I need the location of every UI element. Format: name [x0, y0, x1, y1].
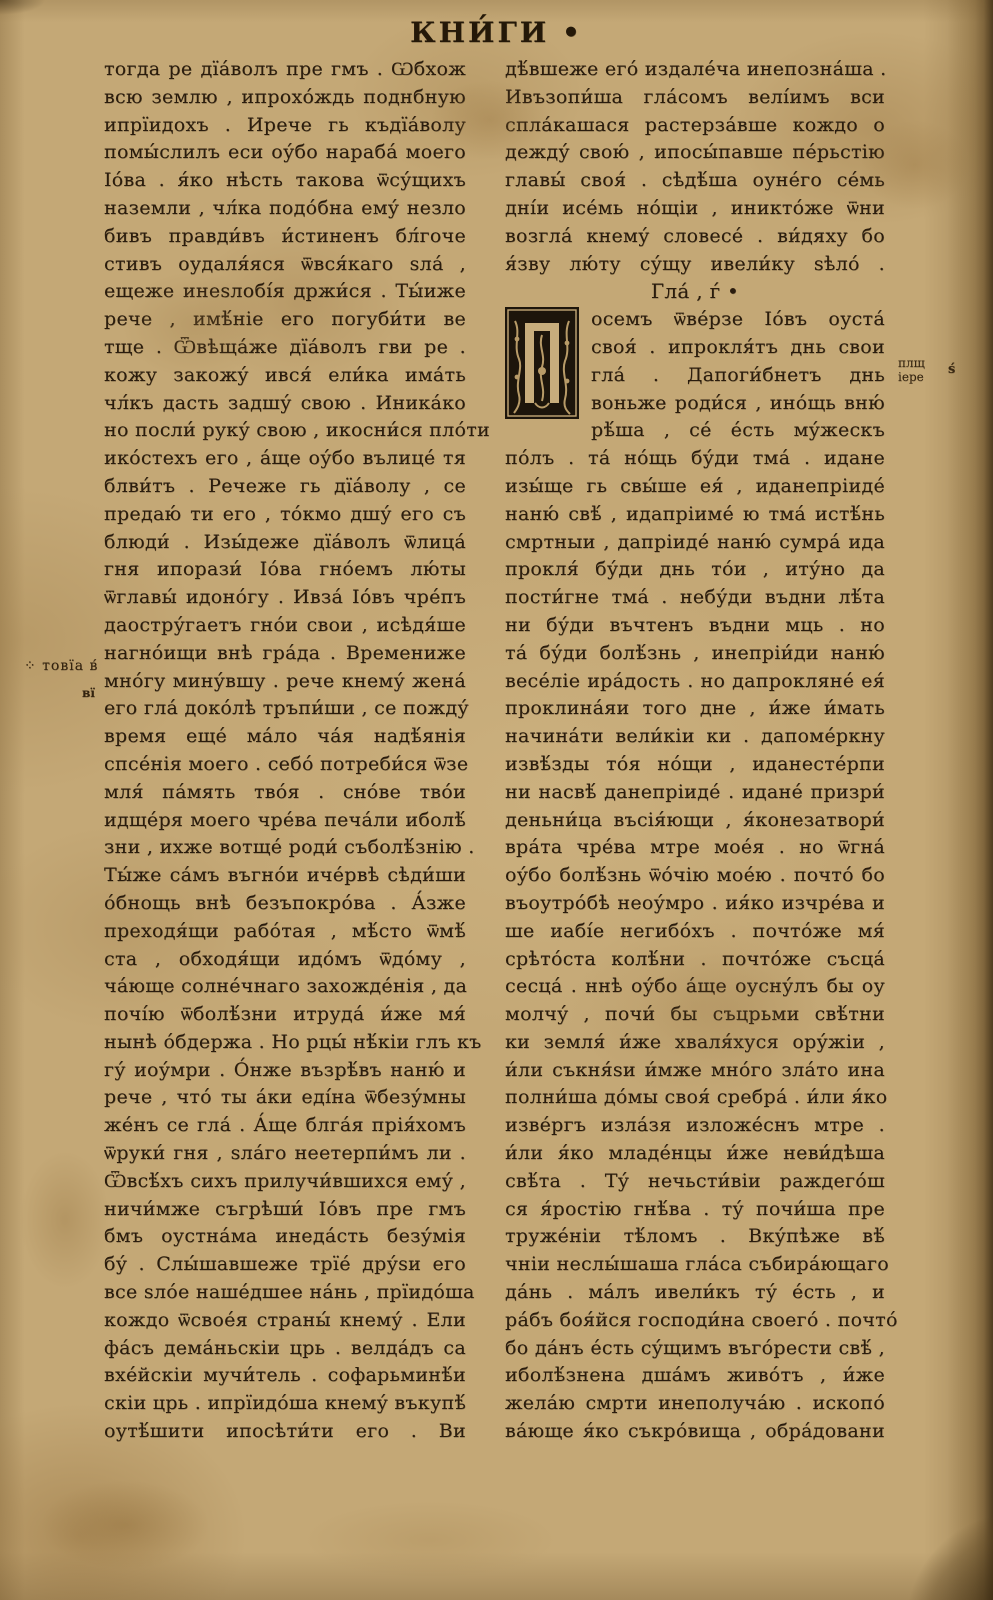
- text-line: и́ли съкня́ѕи и́мже мно́го зла́то ина: [505, 1057, 885, 1085]
- text-line: стивъ оудаля́яся ѿвся́каго ѕла́ ,: [104, 251, 466, 279]
- text-line: Ты́же са́мъ въгно́и иче́рвѣ сѣди́ши: [104, 862, 466, 890]
- book-page: КНИ́ГИ • тогда ре дїа́волъ пре гмъ . Ѡбх…: [0, 0, 993, 1600]
- text-line: та́ бу́ди болѣ́знь , инепріи́ди наню́: [505, 640, 885, 668]
- text-line: ничи́мже съгрѣши́ Іо́въ пре гмъ: [104, 1196, 466, 1224]
- text-line: фа́съ дема́ньскіи црь . велда́дъ са: [104, 1335, 466, 1363]
- page-corner-curl: [853, 1460, 993, 1600]
- text-line: тще . Ѿвѣща́же дїа́волъ гви ре .: [104, 334, 466, 362]
- text-line: оутѣ́шити ипосѣти́ти его . Ви: [104, 1418, 466, 1446]
- text-line: рече , что́ ты а́ки еді́на ѿбезу́мны: [104, 1084, 466, 1112]
- text-line: его гла́ доко́лѣ тръпи́ши , се пожду́: [104, 695, 466, 723]
- left-margin-verse-mark: вї: [82, 686, 95, 700]
- text-line: дні́и исе́мь но́щіи , иникто́же ѿни: [505, 195, 885, 223]
- paper-stain: [20, 1150, 110, 1290]
- text-line: но посли́ руку́ свою , икосни́ся пло́ти: [104, 417, 466, 445]
- text-line: иболѣ́знена дша́мъ живо́тъ , и́же: [505, 1362, 885, 1390]
- text-line: наземли , чл́ка подо́бна ему́ незло: [104, 195, 466, 223]
- left-margin-citation: ⁘ товїа в́: [24, 658, 98, 674]
- text-line: рѣ́ша , се́ е́сть му́жескъ: [505, 417, 885, 445]
- text-line: дѣ́вшеже его́ издале́ча инепозна́ша .: [505, 56, 885, 84]
- text-line: чніи неслы́шаша гла́са събира́ющаго: [505, 1251, 885, 1279]
- text-line: даостру́гаетъ гно́и свои , исѣдя́ше: [104, 612, 466, 640]
- text-line: гня ипорази́ Іо́ва гно́емъ лю́ты: [104, 556, 466, 584]
- text-line: кождо ѿсвое́я страны́ кнему́ . Ели: [104, 1307, 466, 1335]
- text-line: проклина́яи того дне , и́же и́мать: [505, 695, 885, 723]
- text-line: ше иабі́е негибо́хъ . почто́же мя́: [505, 918, 885, 946]
- text-line: жела́ю смрти инеполуча́ю . ископо́: [505, 1390, 885, 1418]
- text-line: изве́ргъ изла́зя изложе́снъ мтре .: [505, 1112, 885, 1140]
- running-title: КНИ́ГИ •: [0, 16, 993, 49]
- text-line: зни , ихже вотще́ роди́ съболѣ́знію .: [104, 834, 466, 862]
- text-line: весе́ліе ира́дость . но дапрокляне́ ея́: [505, 668, 885, 696]
- text-line: ѿглавы́ идоно́гу . Ивза́ Іо́въ чре́пъ: [104, 584, 466, 612]
- text-line: идще́ря моего чре́ва печа́ли иболѣ́: [104, 807, 466, 835]
- text-line: Іо́ва . я́ко нѣсть такова ѿсу́щихъ: [104, 167, 466, 195]
- text-line: бу́ . Слы́шавшеже трїе́ дру́ѕи его: [104, 1251, 466, 1279]
- text-line: бмъ оустна́ма инеда́сть безу́мія: [104, 1223, 466, 1251]
- text-line: чл́къ дасть задшу́ свою . Иника́ко: [104, 390, 466, 418]
- text-line: свѣ́та . Ту́ нечьсти́віи раждего́ш: [505, 1168, 885, 1196]
- text-line: оу́бо болѣ́знь ѿо́чію мое́ю . почто́ бо: [505, 862, 885, 890]
- text-line: прокля́ бу́ди днь то́и , иту́но да: [505, 556, 885, 584]
- text-line: кожу закожу́ ився́ ели́ка има́ть: [104, 362, 466, 390]
- text-line: смртныи , дапріиде́ наню́ сумра́ ида: [505, 529, 885, 557]
- text-line: пости́гне тма́ . небу́ди въдни лѣ́та: [505, 584, 885, 612]
- text-line: ико́стехъ его , а́ще оу́бо вълице́ тя: [104, 445, 466, 473]
- text-line: начина́ти вели́кіи ки . дапоме́ркну: [505, 723, 885, 751]
- text-line: Ивъзопи́ша гла́сомъ велі́имъ вси: [505, 84, 885, 112]
- text-line: нагно́ищи внѣ гра́да . Времениже: [104, 640, 466, 668]
- text-line: скіи црь . ипрїидо́ша кнему́ въкупѣ́: [104, 1390, 466, 1418]
- text-line: труже́ніи тѣ́ломъ . Вку́пѣже вѣ́: [505, 1223, 885, 1251]
- right-margin-citation-line1: плщ: [898, 356, 925, 370]
- text-line: преходя́щи рабо́тая , мѣ́сто ѿмѣ́: [104, 918, 466, 946]
- text-line: бо да́нъ е́сть су́щимъ въго́рести свѣ́ ,: [505, 1335, 885, 1363]
- text-line: ещеже инеѕлобі́я држи́ся . Ты́иже: [104, 278, 466, 306]
- text-line: нынѣ о́бдержа . Но рцы́ нѣ́кіи глъ къ: [104, 1029, 466, 1057]
- text-line: полни́ша до́мы своя́ сребра́ . и́ли я́ко: [505, 1084, 885, 1112]
- text-line: помы́слилъ еси оу́бо нараба́ моего: [104, 139, 466, 167]
- text-line: рече , имѣ́ніе его погуби́ти ве: [104, 306, 466, 334]
- right-text-column: дѣ́вшеже его́ издале́ча инепозна́ша .Ивъ…: [505, 56, 885, 1446]
- text-line: деньни́ца въсія́ющи , я́конезатвори́: [505, 807, 885, 835]
- text-line: извѣ́зды то́я но́щи , иданесте́рпи: [505, 751, 885, 779]
- text-line: спсе́нія моего . себо́ потреби́ся ѿзе: [104, 751, 466, 779]
- text-line: возгла́ кнему́ словесе́ . ви́дяху бо: [505, 223, 885, 251]
- text-line: предаю́ ти его , то́кмо дшу́ его съ: [104, 501, 466, 529]
- text-line: все ѕло́е наше́дшее на́нь , прїидо́ша: [104, 1279, 466, 1307]
- text-line: мля́ па́мять тво́я . сно́ве тво́и: [104, 779, 466, 807]
- right-margin-citation-line2: іере: [898, 370, 925, 384]
- text-line: ся я́ростію гнѣ́ва . ту́ почи́ша пре: [505, 1196, 885, 1224]
- text-line: спла́кашася растерза́вше кождо о: [505, 112, 885, 140]
- text-line: наню́ свѣ́ , идапріиме́ ю тма́ истѣ́нь: [505, 501, 885, 529]
- text-line: главы́ своя́ . сѣдѣ́ша оуне́го се́мь: [505, 167, 885, 195]
- text-line: по́лъ . та́ но́щь бу́ди тма́ . идане: [505, 445, 885, 473]
- text-line: срѣто́ста колѣ́ни . почто́же съсца́: [505, 946, 885, 974]
- text-line: ипрїидохъ . Ирече гь къдїа́волу: [104, 112, 466, 140]
- text-line: вхе́йскіи мучи́тель . софарьминѣ́и: [104, 1362, 466, 1390]
- text-line: ни насвѣ́ данепріиде́ . идане́ призри́: [505, 779, 885, 807]
- paper-stain: [40, 1480, 210, 1570]
- right-margin-citation: плщ іере: [898, 356, 925, 384]
- text-line: въоутро́бѣ неоу́мро . ия́ко изчре́ва и: [505, 890, 885, 918]
- text-line: изы́ще гь свы́ше ея́ , иданепріиде́: [505, 473, 885, 501]
- page-edge-shadow-right: [947, 0, 993, 1600]
- text-line: почі́ю ѿболѣ́зни итруда́ и́же мя́: [104, 1001, 466, 1029]
- text-line: ни бу́ди въчтенъ въдни мць . но: [505, 612, 885, 640]
- text-line: ва́юще я́ко съкро́вища , обра́довани: [505, 1418, 885, 1446]
- text-line: и́ли я́ко младе́нцы и́же неви́дѣша: [505, 1140, 885, 1168]
- paper-stain: [300, 1500, 560, 1580]
- drop-cap-initial-П: [505, 307, 579, 419]
- text-line: сесца́ . ннѣ оу́бо а́ще оусну́лъ бы оу: [505, 973, 885, 1001]
- text-line: бивъ правди́въ и́стиненъ бл́гоче: [104, 223, 466, 251]
- text-line: о́бнощь внѣ безъпокро́ва . А́зже: [104, 890, 466, 918]
- page-edge-shadow-top-left: [0, 0, 60, 26]
- text-line: вра́та чре́ва мтре мое́я . но ѿгна́: [505, 834, 885, 862]
- text-line: гу́ иоу́мри . О́нже възрѣ́въ наню́ и: [104, 1057, 466, 1085]
- text-line: Ѿвсѣ́хъ сихъ прилучи́вшихся ему́ ,: [104, 1168, 466, 1196]
- chapter-heading: Гла́ , ѓ •: [505, 278, 885, 306]
- text-line: тогда ре дїа́волъ пре гмъ . Ѡбхож: [104, 56, 466, 84]
- text-line: молчу́ , почи́ бы съцрьми свѣ́тни: [505, 1001, 885, 1029]
- text-line: же́нъ се гла́ . А́ще блга́я прія́хомъ: [104, 1112, 466, 1140]
- text-line: дежду́ свою́ , ипосы́павше пе́рьстію: [505, 139, 885, 167]
- text-line: блюди́ . Изы́деже дїа́волъ ѿлица́: [104, 529, 466, 557]
- text-line: я́зву лю́ту су́щу ивели́ку ѕѣло́ .: [505, 251, 885, 279]
- text-line: ра́бъ боя́йся господи́на своего́ . почто…: [505, 1307, 885, 1335]
- text-line: блви́тъ . Речеже гь дїа́волу , се: [104, 473, 466, 501]
- text-line: ки земля́ и́же хваля́хуся ору́жіи ,: [505, 1029, 885, 1057]
- text-line: ча́юще солне́чнаго захожде́нія , да: [104, 973, 466, 1001]
- text-line: мно́гу мину́вшу . рече кнему́ жена́: [104, 668, 466, 696]
- text-line: время еще́ ма́ло ча́я надѣ́янія: [104, 723, 466, 751]
- text-line: да́нь . ма́лъ ивели́къ ту́ е́сть , и: [505, 1279, 885, 1307]
- text-line: ста , обходя́щи идо́мъ ѿдо́му ,: [104, 946, 466, 974]
- text-line: ѿруки́ гня , ѕла́го неетерпи́мъ ли .: [104, 1140, 466, 1168]
- text-line: всю землю , ипрохо́ждь поднбную: [104, 84, 466, 112]
- left-text-column: тогда ре дїа́волъ пре гмъ . Ѡбхожвсю зем…: [104, 56, 466, 1446]
